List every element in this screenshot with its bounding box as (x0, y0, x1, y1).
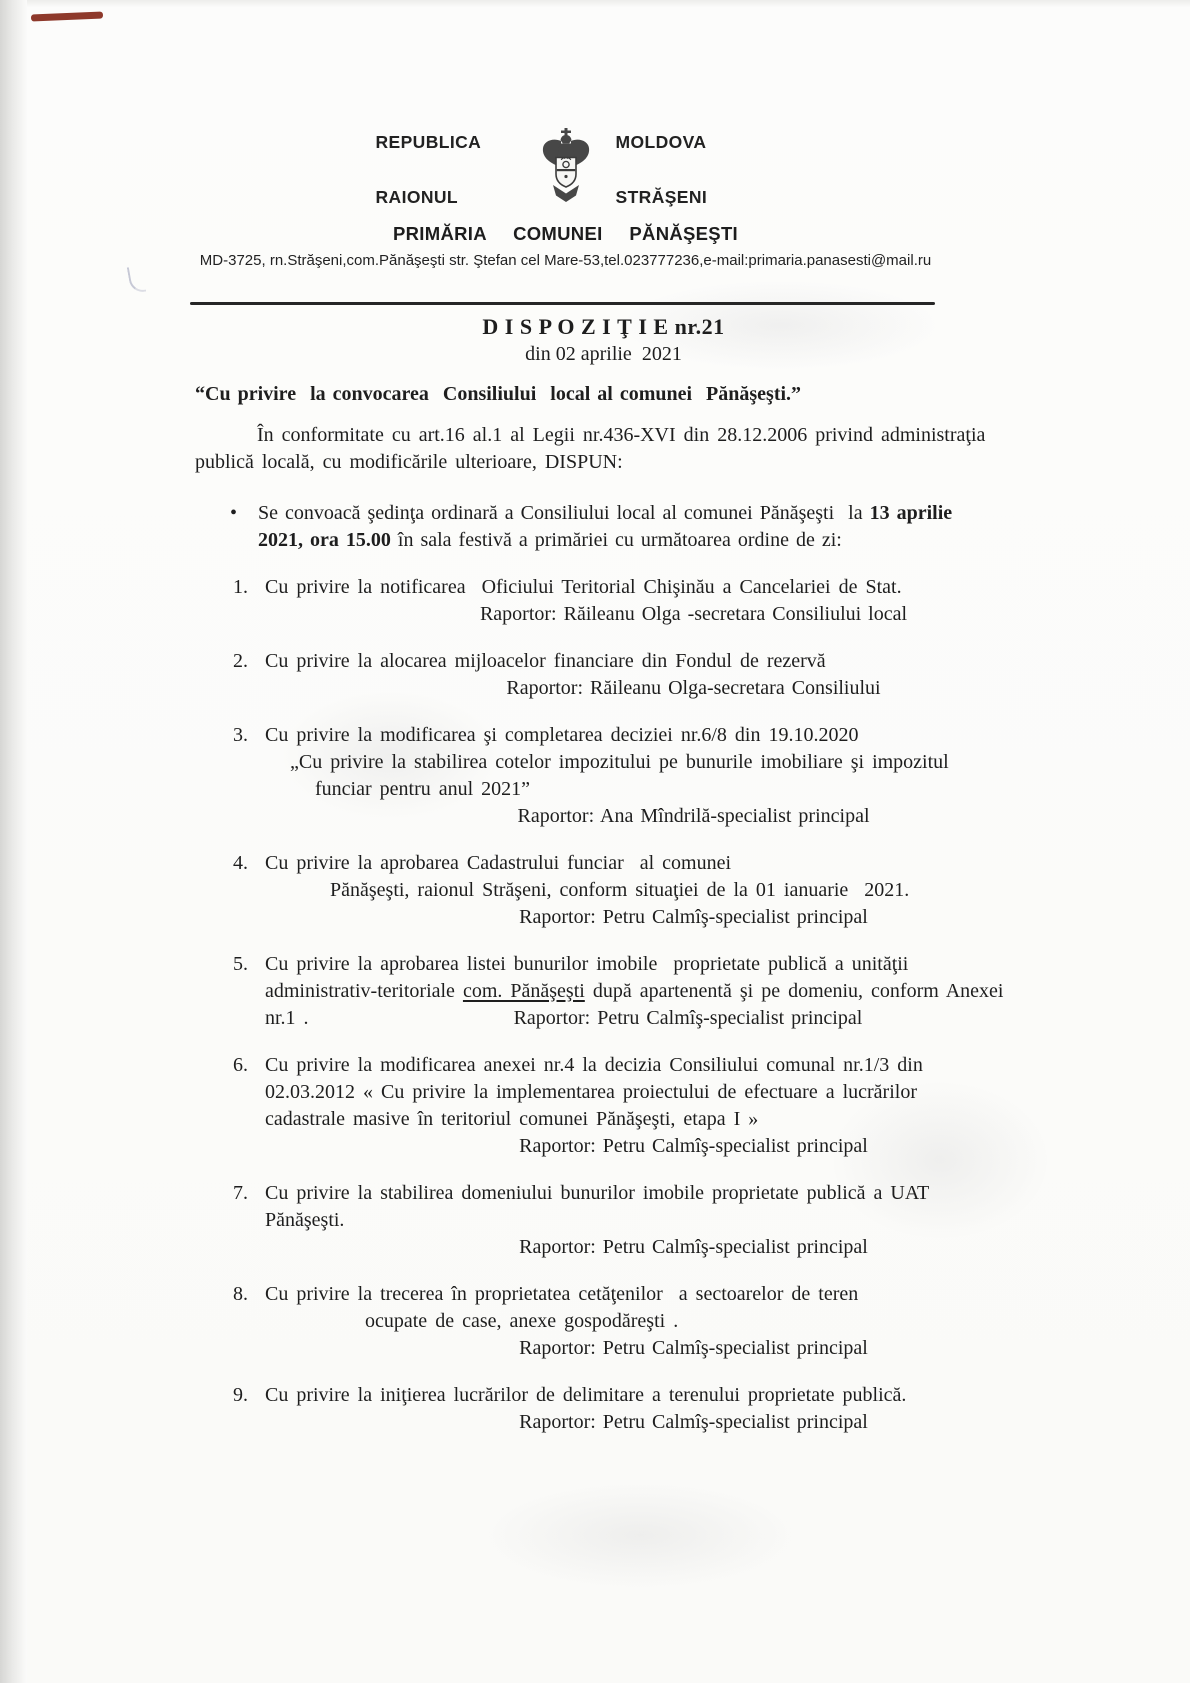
raion-word-right: STRĂŞENI (616, 187, 756, 208)
item-number: 6. (233, 1052, 265, 1160)
subject-line: “Cu privire la convocarea Consiliului lo… (195, 383, 1012, 406)
item-text-line: Cu privire la notificarea Oficiului Teri… (265, 574, 1012, 601)
item-number: 8. (233, 1281, 265, 1362)
item-text-line: Cu privire la aprobarea listei bunurilor… (265, 951, 1012, 978)
item-body: Cu privire la aprobarea Cadastrului func… (265, 850, 1012, 931)
convocation-line: Se convoacă şedinţa ordinară a Consiliul… (258, 500, 952, 527)
country-word-right: MOLDOVA (616, 132, 756, 153)
item-text-line: cadastrale masive în teritoriul comunei … (265, 1106, 1012, 1133)
raportor-line: Raportor: Petru Calmîş-specialist princi… (265, 904, 1012, 931)
underlined-text: com. Pănăşeşti (463, 980, 585, 1002)
item-text-line: funciar pentru anul 2021” (315, 776, 1012, 803)
item-text-line: administrativ-teritoriale com. Pănăşeşti… (265, 978, 1012, 1005)
item-text-line: Cu privire la modificarea şi completarea… (265, 722, 1012, 749)
agenda-item-7: 7. Cu privire la stabilirea domeniului b… (233, 1180, 1012, 1261)
convocation-line: 2021, ora 15.00 în sala festivă a primăr… (258, 527, 952, 554)
convocation-text: Se convoacă şedinţa ordinară a Consiliul… (258, 500, 952, 554)
item-body: Cu privire la notificarea Oficiului Teri… (265, 574, 1012, 628)
item-body: Cu privire la trecerea în proprietatea c… (265, 1281, 1012, 1362)
raportor-line: Raportor: Răileanu Olga -secretara Consi… (265, 601, 1012, 628)
scanned-document-page: REPUBLICA RAIONUL (0, 0, 1190, 1683)
org-name: PRIMĂRIA COMUNEI PĂNĂŞEŞTI (157, 223, 974, 245)
item-body: Cu privire la modificarea anexei nr.4 la… (265, 1052, 1012, 1160)
pencil-scribble (127, 265, 146, 294)
convocation-item: • Se convoacă şedinţa ordinară a Consili… (230, 500, 1012, 554)
convocation-text-bold: 2021, ora 15.00 (258, 529, 391, 551)
item-text-line: Cu privire la trecerea în proprietatea c… (265, 1281, 1012, 1308)
item-number: 9. (233, 1382, 265, 1436)
item-text-line: Pănăşeşti, raionul Străşeni, conform sit… (330, 877, 1012, 904)
raportor-line: Raportor: Ana Mîndrilă-specialist princi… (265, 803, 1012, 830)
item-body: Cu privire la modificarea şi completarea… (265, 722, 1012, 830)
annex-ref: nr.1 . (265, 1005, 309, 1032)
bullet-icon: • (230, 500, 258, 554)
title-block: D I S P O Z I Ţ I E nr.21 din 02 aprilie… (195, 314, 1012, 406)
convocation-text-bold: 13 aprilie (870, 502, 953, 524)
item-text-line: Cu privire la stabilirea domeniului bunu… (265, 1180, 1012, 1207)
item-number: 3. (233, 722, 265, 830)
document-date: din 02 aprilie 2021 (195, 343, 1012, 366)
agenda-item-2: 2. Cu privire la alocarea mijloacelor fi… (233, 648, 1012, 702)
intro-paragraph: În conformitate cu art.16 al.1 al Legii … (195, 422, 1012, 476)
item-text-line: Cu privire la alocarea mijloacelor finan… (265, 648, 1012, 675)
doc-number: nr.21 (669, 314, 725, 339)
item-body: Cu privire la alocarea mijloacelor finan… (265, 648, 1012, 702)
item-text-line: Cu privire la iniţierea lucrărilor de de… (265, 1382, 1012, 1409)
raportor-line: Raportor: Petru Calmîş-specialist princi… (265, 1234, 1012, 1261)
letterhead-top: REPUBLICA RAIONUL (157, 128, 974, 212)
agenda-item-1: 1. Cu privire la notificarea Oficiului T… (233, 574, 1012, 628)
item-text-line: Cu privire la modificarea anexei nr.4 la… (265, 1052, 1012, 1079)
convocation-text-normal: Se convoacă şedinţa ordinară a Consiliul… (258, 502, 870, 524)
item-body: Cu privire la iniţierea lucrărilor de de… (265, 1382, 1012, 1436)
item-text-normal: după apartenentă şi pe domeniu, conform … (585, 980, 1004, 1002)
item-body: Cu privire la stabilirea domeniului bunu… (265, 1180, 1012, 1261)
country-word-left: REPUBLICA (376, 132, 516, 153)
agenda-item-3: 3. Cu privire la modificarea şi completa… (233, 722, 1012, 830)
agenda-item-5: 5. Cu privire la aprobarea listei bunuri… (233, 951, 1012, 1032)
scan-edge-left (0, 0, 27, 1683)
item-number: 5. (233, 951, 265, 1032)
item-text-line: 02.03.2012 « Cu privire la implementarea… (265, 1079, 1012, 1106)
item-text-line: nr.1 . Raportor: Petru Calmîş-specialist… (265, 1005, 1012, 1032)
doc-type: D I S P O Z I Ţ I E (482, 314, 668, 339)
item-text-line: Cu privire la aprobarea Cadastrului func… (265, 850, 1012, 877)
intro-line: publică locală, cu modificările ulterioa… (195, 449, 1012, 476)
letterhead-left-column: REPUBLICA RAIONUL (376, 128, 516, 212)
agenda-item-9: 9. Cu privire la iniţierea lucrărilor de… (233, 1382, 1012, 1436)
raportor-line: Raportor: Petru Calmîş-specialist princi… (265, 1335, 1012, 1362)
document-title: D I S P O Z I Ţ I E nr.21 (195, 314, 1012, 340)
item-number: 2. (233, 648, 265, 702)
scan-artifact (480, 1480, 800, 1590)
raportor-line: Raportor: Petru Calmîş-specialist princi… (265, 1409, 1012, 1436)
raportor-line: Raportor: Răileanu Olga-secretara Consil… (265, 675, 1012, 702)
item-text-line: „Cu privire la stabilirea cotelor impozi… (290, 749, 1012, 776)
item-text-normal: administrativ-teritoriale (265, 980, 463, 1002)
intro-line: În conformitate cu art.16 al.1 al Legii … (195, 422, 1012, 449)
header-divider (190, 302, 935, 305)
item-number: 7. (233, 1180, 265, 1261)
letterhead-right-column: MOLDOVA STRĂŞENI (616, 128, 756, 212)
agenda-list: 1. Cu privire la notificarea Oficiului T… (233, 574, 1012, 1436)
item-number: 1. (233, 574, 265, 628)
red-corner-mark (31, 11, 103, 21)
letterhead: REPUBLICA RAIONUL (195, 128, 1012, 269)
agenda-item-4: 4. Cu privire la aprobarea Cadastrului f… (233, 850, 1012, 931)
item-text-line: Pănăşeşti. (265, 1207, 1012, 1234)
moldova-coat-of-arms-icon (540, 128, 592, 206)
contact-line: MD-3725, rn.Străşeni,com.Pănăşeşti str. … (157, 252, 974, 269)
agenda-item-6: 6. Cu privire la modificarea anexei nr.4… (233, 1052, 1012, 1160)
item-body: Cu privire la aprobarea listei bunurilor… (265, 951, 1012, 1032)
item-text-line: ocupate de case, anexe gospodăreşti . (365, 1308, 1012, 1335)
raportor-line: Raportor: Petru Calmîş-specialist princi… (265, 1133, 1012, 1160)
document-content: REPUBLICA RAIONUL (195, 0, 1012, 1456)
raportor-line: Raportor: Petru Calmîş-specialist princi… (514, 1005, 863, 1032)
raion-word-left: RAIONUL (376, 187, 516, 208)
item-number: 4. (233, 850, 265, 931)
convocation-text-normal: în sala festivă a primăriei cu următoare… (391, 529, 842, 551)
agenda-item-8: 8. Cu privire la trecerea în proprietate… (233, 1281, 1012, 1362)
